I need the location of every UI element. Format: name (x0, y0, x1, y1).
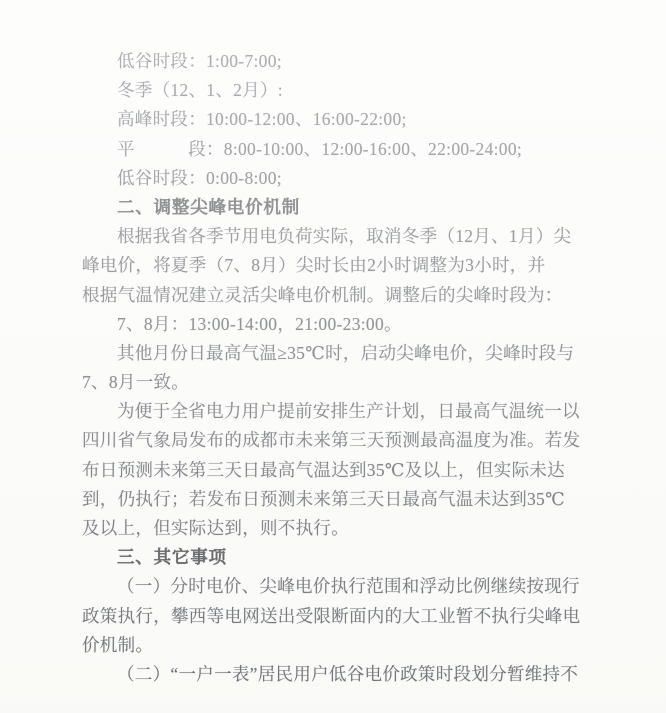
document-line: 高峰时段：10:00-12:00、16:00-22:00; (82, 105, 552, 134)
document-line: 政策执行，攀西等电网送出受限断面内的大工业暂不执行尖峰电 (82, 602, 552, 631)
document-line: 根据我省各季节用电负荷实际，取消冬季（12月、1月）尖 (82, 222, 552, 251)
document-line: 7、8月一致。 (82, 368, 552, 397)
document-line: 价机制。 (82, 631, 552, 660)
document-line: （二）“一户一表”居民用户低谷电价政策时段划分暂维持不 (82, 660, 552, 689)
document-line: 四川省气象局发布的成都市未来第三天预测最高温度为准。若发 (82, 426, 552, 455)
document-line: 7、8月：13:00-14:00，21:00-23:00。 (82, 310, 552, 339)
document-line: 到，仍执行；若发布日预测未来第三天日最高气温未达到35℃ (82, 485, 552, 514)
document-line: 低谷时段：1:00-7:00; (82, 47, 552, 76)
document-line: 其他月份日最高气温≥35℃时，启动尖峰电价，尖峰时段与 (82, 339, 552, 368)
document-line: 及以上，但实际达到，则不执行。 (82, 514, 552, 543)
document-line: 为便于全省电力用户提前安排生产计划，日最高气温统一以 (82, 397, 552, 426)
document-page: 低谷时段：1:00-7:00;冬季（12、1、2月）:高峰时段：10:00-12… (0, 0, 666, 713)
document-line: 峰电价，将夏季（7、8月）尖时长由2小时调整为3小时，并 (82, 251, 552, 280)
document-line: 冬季（12、1、2月）: (82, 76, 552, 105)
document-line: （一）分时电价、尖峰电价执行范围和浮动比例继续按现行 (82, 572, 552, 601)
document-line: 平 段：8:00-10:00、12:00-16:00、22:00-24:00; (82, 135, 552, 164)
document-line: 低谷时段：0:00-8:00; (82, 164, 552, 193)
section-heading: 二、调整尖峰电价机制 (82, 193, 552, 222)
document-content: 低谷时段：1:00-7:00;冬季（12、1、2月）:高峰时段：10:00-12… (82, 47, 552, 689)
document-line: 根据气温情况建立灵活尖峰电价机制。调整后的尖峰时段为： (82, 281, 552, 310)
document-line: 布日预测未来第三天日最高气温达到35℃及以上，但实际未达 (82, 456, 552, 485)
section-heading: 三、其它事项 (82, 543, 552, 572)
